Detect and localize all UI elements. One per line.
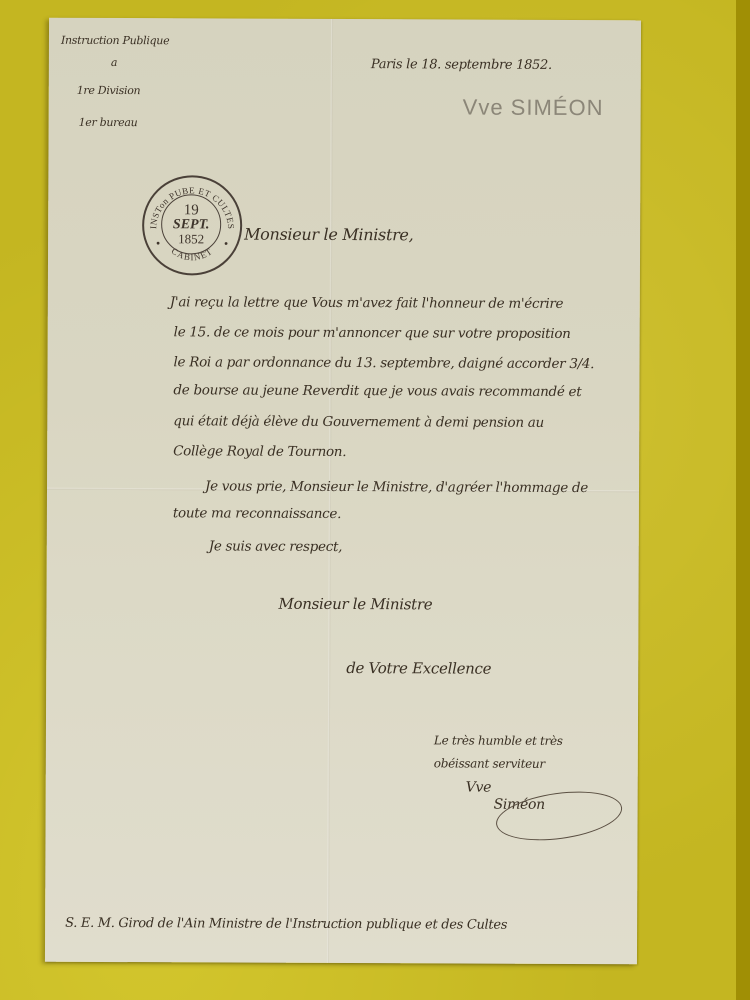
cabinet-date-stamp: INSTon PUBE ET CULTES CABINET 19 SEPT. 1… <box>142 175 242 275</box>
addressee-line: S. E. M. Girod de l'Ain Ministre de l'In… <box>65 916 507 933</box>
body-line-4: de bourse au jeune Reverdit que je vous … <box>173 382 581 400</box>
body-line-1: J'ai reçu la lettre que Vous m'avez fait… <box>170 294 563 312</box>
closing-excellence: de Votre Excellence <box>346 659 491 678</box>
body-line-6: Collège Royal de Tournon. <box>173 443 346 460</box>
signature-prefix: Vve <box>466 780 491 796</box>
stamp-year: 1852 <box>178 232 204 245</box>
closing-address: Monsieur le Ministre <box>278 595 432 614</box>
salutation: Monsieur le Ministre, <box>244 225 413 245</box>
stamp-day: 19 <box>184 203 199 218</box>
body-line-2: le 15. de ce mois pour m'annoncer que su… <box>174 324 571 342</box>
body-line-8: toute ma reconnaissance. <box>173 505 341 522</box>
background-edge-shadow <box>736 0 750 1000</box>
body-line-7: Je vous prie, Monsieur le Ministre, d'ag… <box>205 478 588 496</box>
stamp-date-center: 19 SEPT. 1852 <box>161 194 221 254</box>
header-connector: a <box>111 56 117 69</box>
closing-servant: obéissant serviteur <box>434 756 545 770</box>
pencil-annotation: Vve SIMÉON <box>463 95 604 122</box>
dateline: Paris le 18. septembre 1852. <box>371 57 552 73</box>
body-line-9: Je suis avec respect, <box>209 538 342 555</box>
body-line-3: le Roi a par ordonnance du 13. septembre… <box>174 354 595 372</box>
header-division: 1re Division <box>77 84 141 97</box>
header-department: Instruction Publique <box>61 34 169 47</box>
closing-humble: Le très humble et très <box>434 733 563 748</box>
body-line-5: qui était déjà élève du Gouvernement à d… <box>173 413 544 431</box>
letter-paper: Instruction Publique a 1re Division 1er … <box>45 18 641 965</box>
signature-flourish <box>493 785 625 848</box>
header-bureau: 1er bureau <box>79 116 138 129</box>
